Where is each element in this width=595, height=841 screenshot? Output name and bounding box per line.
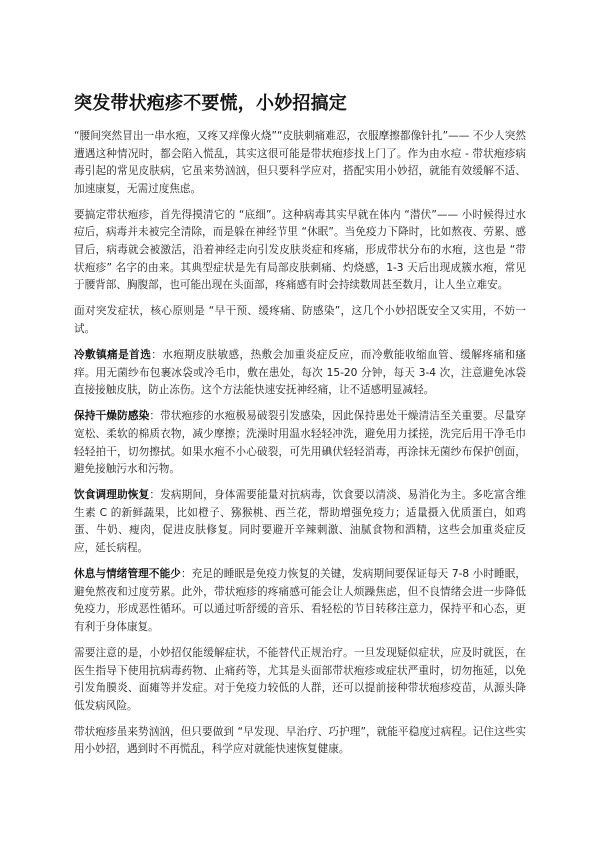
paragraph-text: 要搞定带状疱疹，首先得摸清它的 “底细”。这种病毒其实早就在体内 “潜伏”—— … xyxy=(74,209,526,291)
paragraph-tip-cold-compress: 冷敷镇痛是首选：水疱期皮肤敏感，热敷会加重炎症反应，而冷敷能收缩血管、缓解疼痛和… xyxy=(74,347,526,400)
paragraph-lead: 冷敷镇痛是首选 xyxy=(74,349,151,361)
paragraph-intro: “腰间突然冒出一串水疱，又疼又痒像火烧”“皮肤刺痛难忍，衣服摩擦都像针扎”—— … xyxy=(74,128,526,198)
paragraph-principle: 面对突发症状，核心原则是 “早干预、缓疼痛、防感染”，这几个小妙招既安全又实用，… xyxy=(74,303,526,338)
article-title: 突发带状疱疹不要慌，小妙招搞定 xyxy=(74,92,526,116)
paragraph-text: “腰间突然冒出一串水疱，又疼又痒像火烧”“皮肤刺痛难忍，衣服摩擦都像针扎”—— … xyxy=(74,130,526,195)
paragraph-text: 需要注意的是，小妙招仅能缓解症状，不能替代正规治疗。一旦发现疑似症状，应及时就医… xyxy=(74,647,526,712)
paragraph-lead: 保持干燥防感染 xyxy=(74,410,149,422)
paragraph-tip-keep-dry: 保持干燥防感染：带状疱疹的水疱极易破裂引发感染，因此保持患处干燥清洁至关重要。尽… xyxy=(74,408,526,478)
paragraph-conclusion: 带状疱疹虽来势汹汹，但只要做到 “早发现、早治疗、巧护理”，就能平稳度过病程。记… xyxy=(74,724,526,759)
paragraph-tip-rest: 休息与情绪管理不能少：充足的睡眠是免疫力恢复的关键，发病期间要保证每天 7-8 … xyxy=(74,566,526,636)
paragraph-tip-diet: 饮食调理助恢复：发病期间，身体需要能量对抗病毒，饮食要以清淡、易消化为主。多吃富… xyxy=(74,487,526,557)
paragraph-lead: 休息与情绪管理不能少 xyxy=(74,568,181,580)
paragraph-text: 面对突发症状，核心原则是 “早干预、缓疼痛、防感染”，这几个小妙招既安全又实用，… xyxy=(74,305,526,335)
paragraph-caution: 需要注意的是，小妙招仅能缓解症状，不能替代正规治疗。一旦发现疑似症状，应及时就医… xyxy=(74,645,526,715)
paragraph-lead: 饮食调理助恢复 xyxy=(74,489,149,501)
document-page: 突发带状疱疹不要慌，小妙招搞定 “腰间突然冒出一串水疱，又疼又痒像火烧”“皮肤刺… xyxy=(74,92,526,768)
paragraph-cause: 要搞定带状疱疹，首先得摸清它的 “底细”。这种病毒其实早就在体内 “潜伏”—— … xyxy=(74,207,526,295)
paragraph-text: 带状疱疹虽来势汹汹，但只要做到 “早发现、早治疗、巧护理”，就能平稳度过病程。记… xyxy=(74,726,526,756)
